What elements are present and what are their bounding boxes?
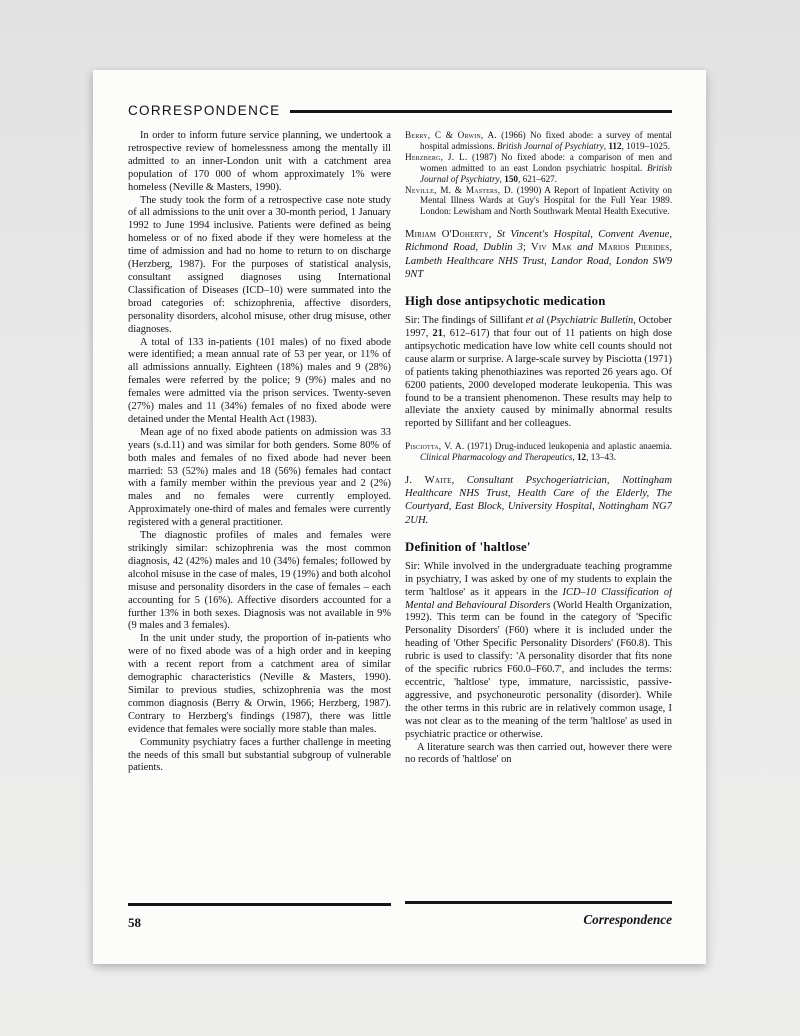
letter-paragraph: In the unit under study, the proportion … bbox=[128, 633, 391, 736]
letter-paragraph: The study took the form of a retrospecti… bbox=[128, 195, 391, 337]
letter-paragraph: Community psychiatry faces a further cha… bbox=[128, 737, 391, 776]
footer-left: 58 bbox=[128, 903, 391, 931]
journal-page: CORRESPONDENCE In order to inform future… bbox=[93, 70, 706, 964]
letter-paragraph: Mean age of no fixed abode patients on a… bbox=[128, 427, 391, 530]
page-header: CORRESPONDENCE bbox=[128, 103, 672, 118]
letter-heading-high-dose: High dose antipsychotic medication bbox=[405, 294, 672, 309]
header-rule bbox=[290, 110, 672, 113]
footer-rule-left bbox=[128, 903, 391, 906]
page-number: 58 bbox=[128, 915, 391, 931]
footer-right: Correspondence bbox=[405, 901, 672, 928]
footer-rule-right bbox=[405, 901, 672, 904]
signature-odoherty-mak-pierides: Miriam O'Doherty, St Vincent's Hospital,… bbox=[405, 228, 672, 281]
left-column: In order to inform future service planni… bbox=[128, 130, 391, 902]
reference-pisciotta: Pisciotta, V. A. (1971) Drug-induced leu… bbox=[405, 441, 672, 463]
reference-herzberg: Herzberg, J. L. (1987) No fixed abode: a… bbox=[405, 152, 672, 185]
signature-waite: J. Waite, Consultant Psychogeriatrician,… bbox=[405, 474, 672, 527]
letter-paragraph: The diagnostic profiles of males and fem… bbox=[128, 530, 391, 633]
running-title: Correspondence bbox=[405, 912, 672, 928]
letter-paragraph: A total of 133 in-patients (101 males) o… bbox=[128, 337, 391, 427]
letter-paragraph: Sir: While involved in the undergraduate… bbox=[405, 561, 672, 742]
reference-neville-masters: Neville, M. & Masters, D. (1990) A Repor… bbox=[405, 185, 672, 218]
letter-paragraph: In order to inform future service planni… bbox=[128, 130, 391, 195]
right-column: Berry, C & Orwin, A. (1966) No fixed abo… bbox=[405, 130, 672, 902]
letter-heading-haltlose: Definition of 'haltlose' bbox=[405, 540, 672, 555]
section-title: CORRESPONDENCE bbox=[128, 103, 280, 118]
letter-paragraph: A literature search was then carried out… bbox=[405, 742, 672, 768]
reference-berry-orwin: Berry, C & Orwin, A. (1966) No fixed abo… bbox=[405, 130, 672, 152]
letter-paragraph: Sir: The findings of Sillifant et al (Ps… bbox=[405, 315, 672, 431]
